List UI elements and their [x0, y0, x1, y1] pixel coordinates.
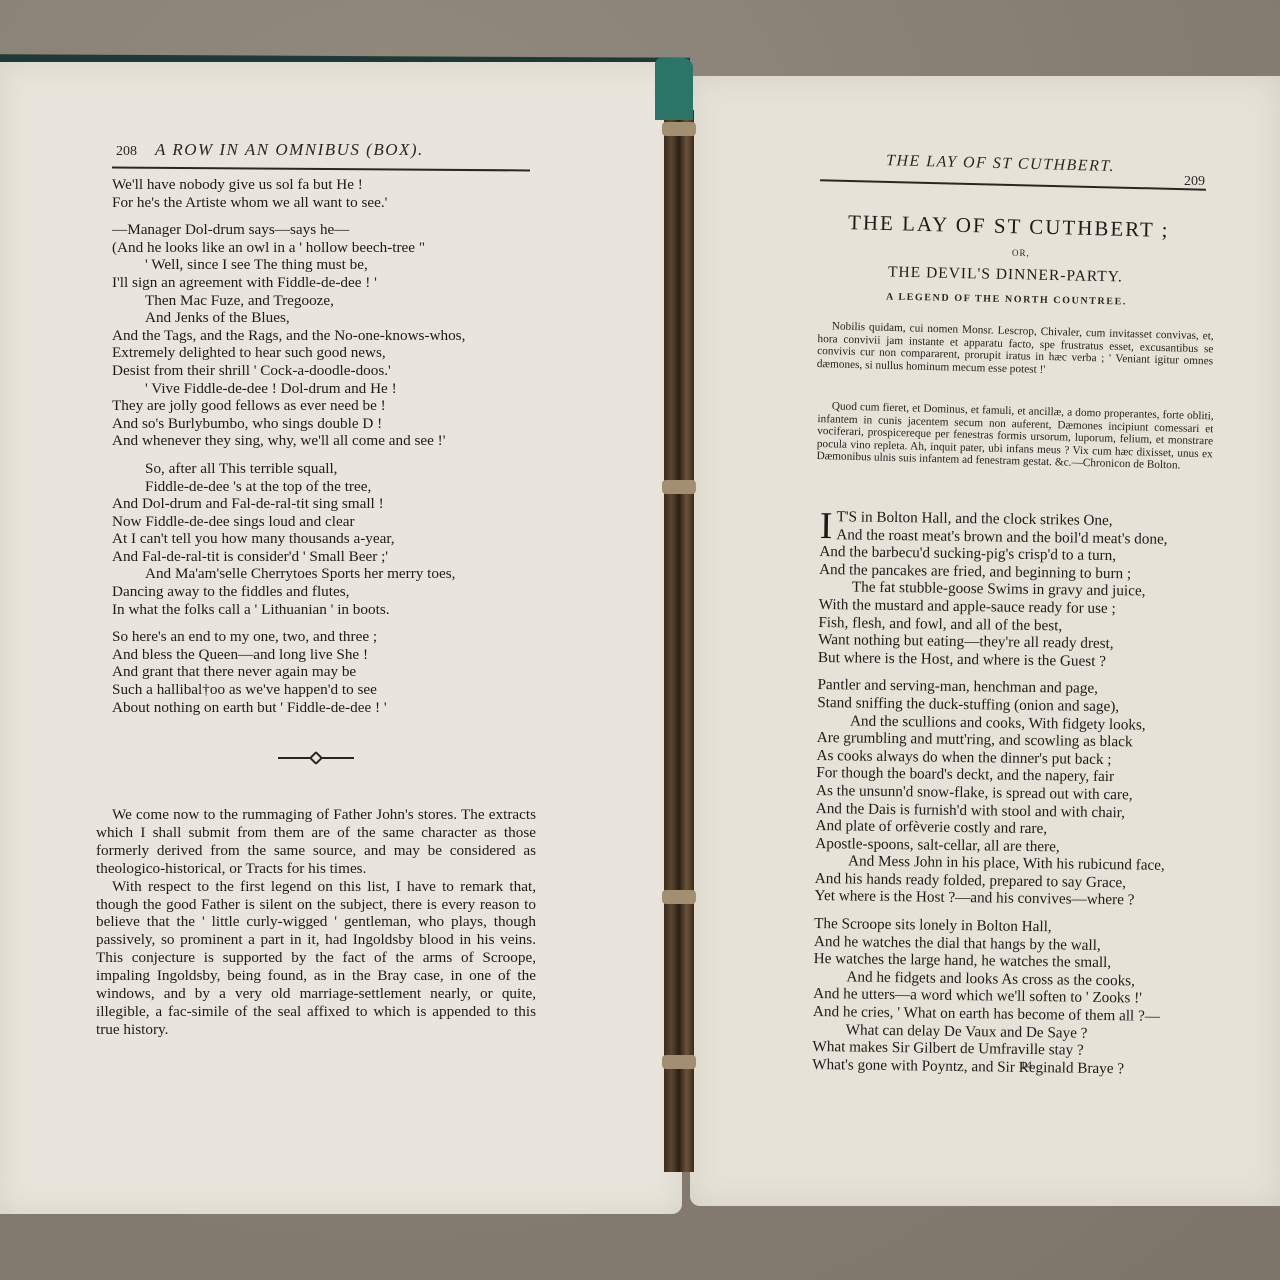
verse-line: Then Mac Fuze, and Tregooze,	[112, 292, 465, 310]
header-rule	[820, 179, 1206, 190]
verse-line: They are jolly good fellows as ever need…	[112, 397, 465, 415]
verse-line: And Ma'am'selle Cherrytoes Sports her me…	[112, 565, 465, 583]
diamond-ornament-icon	[309, 751, 323, 765]
running-title: THE LAY OF ST CUTHBERT.	[886, 152, 1115, 176]
verse-line: What's gone with Poyntz, and Sir Reginal…	[812, 1056, 1162, 1078]
verse-line: (And he looks like an owl in a ' hollow …	[112, 239, 465, 257]
verse-line: Now Fiddle-de-dee sings loud and clear	[112, 513, 465, 531]
verse-line: ' Well, since I see The thing must be,	[112, 256, 465, 274]
right-page: THE LAY OF ST CUTHBERT. 209 THE LAY OF S…	[690, 76, 1280, 1206]
verse-line: And Fal-de-ral-tit is consider'd ' Small…	[112, 548, 465, 566]
verse-line: —Manager Dol-drum says—says he—	[112, 221, 465, 239]
verse-line: So, after all This terrible squall,	[112, 460, 465, 478]
title-or: OR,	[1012, 248, 1030, 258]
running-title: A ROW IN AN OMNIBUS (BOX).	[155, 140, 424, 160]
verse-line: And so's Burlybumbo, who sings double D …	[112, 415, 465, 433]
poem-title: THE LAY OF ST CUTHBERT ;	[848, 210, 1170, 243]
verse-line: Desist from their shrill ' Cock-a-doodle…	[112, 362, 465, 380]
verse-line: In what the folks call a ' Lithuanian ' …	[112, 601, 465, 619]
book-gutter	[664, 110, 694, 1172]
prose-paragraph: We come now to the rummaging of Father J…	[96, 806, 536, 878]
verse-line: For he's the Artiste whom we all want to…	[112, 194, 465, 212]
binding-stitch-icon	[662, 1055, 696, 1069]
verse-line: We'll have nobody give us sol fa but He …	[112, 176, 465, 194]
latin-paragraph: Nobilis quidam, cui nomen Monsr. Lescrop…	[817, 320, 1214, 381]
verse-line: About nothing on earth but ' Fiddle-de-d…	[112, 699, 465, 717]
running-head: 208 A ROW IN AN OMNIBUS (BOX).	[116, 140, 531, 160]
verse-block: We'll have nobody give us sol fa but He …	[112, 176, 465, 716]
verse-line: And whenever they sing, why, we'll all c…	[112, 432, 465, 450]
verse-line: And bless the Queen—and long live She !	[112, 646, 465, 664]
binding-stitch-icon	[662, 480, 696, 494]
verse-line: ' Vive Fiddle-de-dee ! Dol-drum and He !	[112, 380, 465, 398]
binding-stitch-icon	[662, 890, 696, 904]
verse-block: I T'S in Bolton Hall, and the clock stri…	[812, 508, 1170, 1078]
poem-subtitle: THE DEVIL'S DINNER-PARTY.	[888, 264, 1123, 287]
signature-mark: 14	[1020, 1058, 1032, 1073]
verse-line: Dancing away to the fiddles and flutes,	[112, 583, 465, 601]
verse-line: Extremely delighted to hear such good ne…	[112, 344, 465, 362]
verse-line: And Jenks of the Blues,	[112, 309, 465, 327]
header-rule	[112, 167, 530, 172]
verse-line: Such a hallibal†oo as we've happen'd to …	[112, 681, 465, 699]
latin-epigraph: Quod cum fieret, et Dominus, et famuli, …	[816, 400, 1214, 473]
verse-line: So here's an end to my one, two, and thr…	[112, 628, 465, 646]
latin-epigraph: Nobilis quidam, cui nomen Monsr. Lescrop…	[817, 320, 1214, 381]
binding-stitch-icon	[662, 122, 696, 136]
poem-legend-line: A LEGEND OF THE NORTH COUNTREE.	[886, 291, 1127, 307]
prose-block: We come now to the rummaging of Father J…	[96, 806, 536, 1039]
prose-paragraph: With respect to the first legend on this…	[96, 878, 536, 1039]
left-page: 208 A ROW IN AN OMNIBUS (BOX). We'll hav…	[0, 62, 682, 1214]
verse-line: And the Tags, and the Rags, and the No-o…	[112, 327, 465, 345]
drop-cap: I	[820, 510, 833, 542]
verse-line: At I can't tell you how many thousands a…	[112, 530, 465, 548]
running-head: THE LAY OF ST CUTHBERT.	[886, 152, 1186, 178]
page-number: 208	[116, 144, 137, 160]
spine-cloth	[655, 58, 693, 120]
latin-paragraph: Quod cum fieret, et Dominus, et famuli, …	[816, 400, 1214, 473]
verse-line: And Dol-drum and Fal-de-ral-tit sing sma…	[112, 495, 465, 513]
verse-line: I'll sign an agreement with Fiddle-de-de…	[112, 274, 465, 292]
verse-line: And grant that there never again may be	[112, 663, 465, 681]
verse-line: Fiddle-de-dee 's at the top of the tree,	[112, 478, 465, 496]
section-ornament	[278, 753, 354, 763]
